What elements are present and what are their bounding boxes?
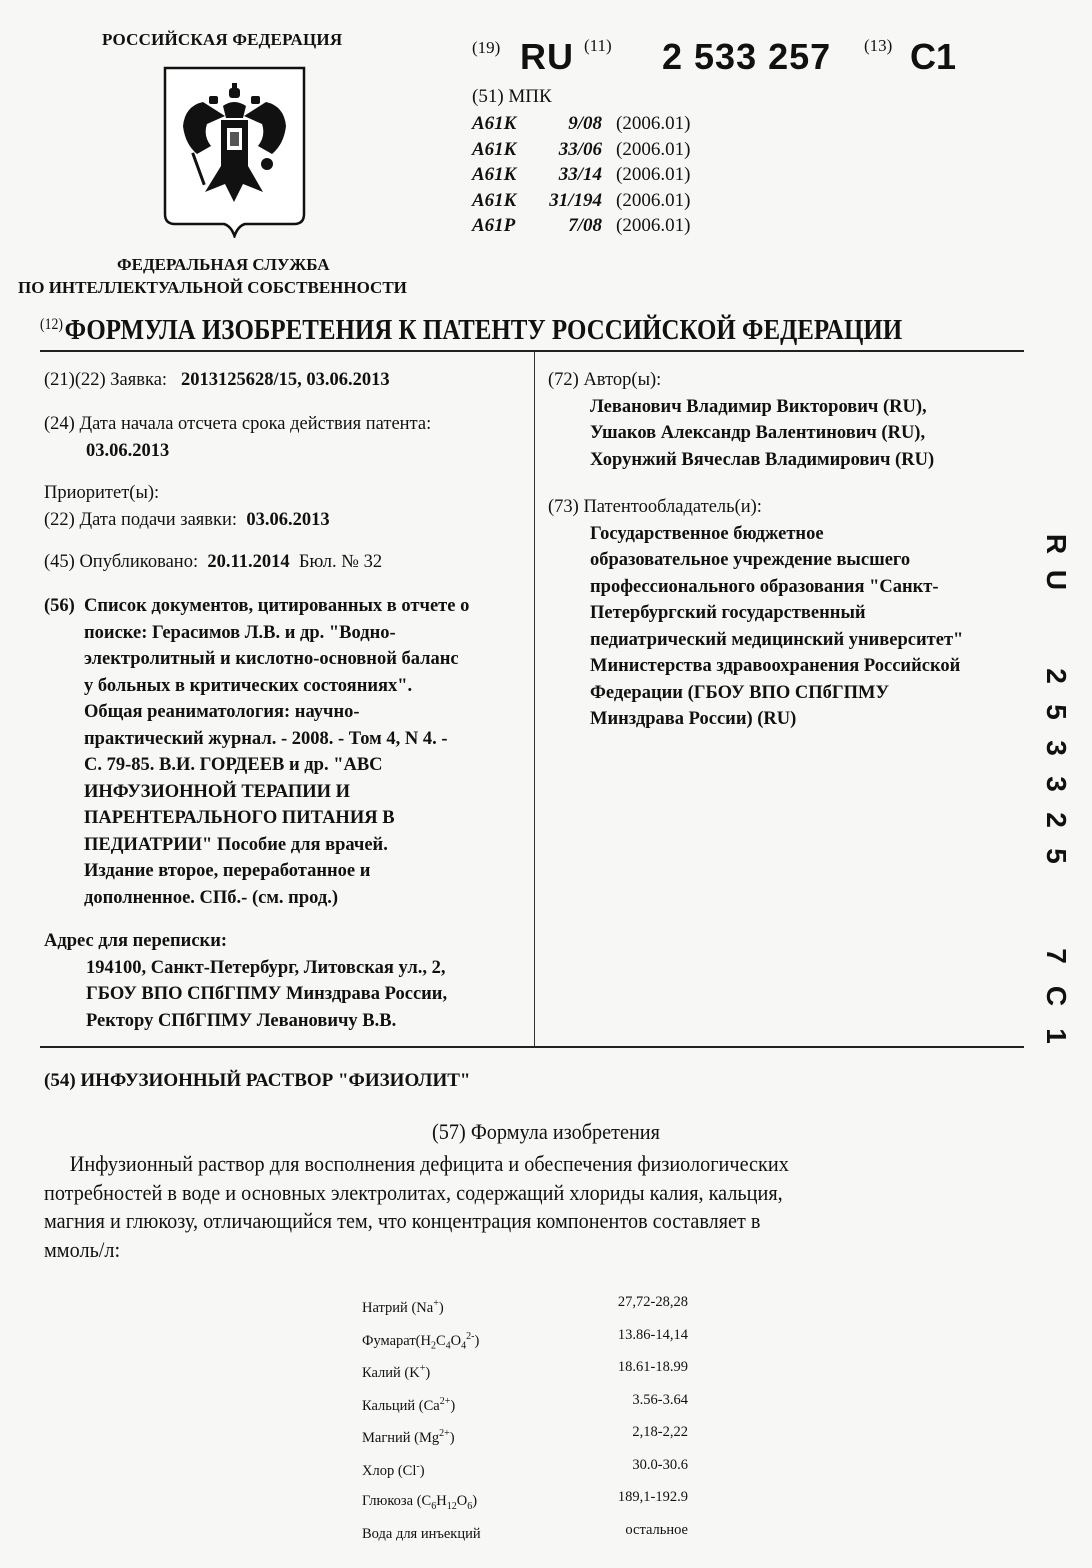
term-start-label: (24) Дата начала отсчета срока действия …: [44, 411, 532, 438]
divider-top: [40, 350, 1024, 352]
side-code-char: 5: [1040, 840, 1072, 872]
application-value: 2013125628/15, 03.06.2013: [181, 370, 390, 390]
cited-line: ИНФУЗИОННОЙ ТЕРАПИИ И: [84, 779, 532, 806]
side-code-char: 7: [1040, 940, 1072, 972]
component-concentration: остальное: [625, 1522, 688, 1539]
ipc-group: 9/08: [546, 111, 616, 137]
cited-line: Список документов, цитированных в отчете…: [84, 593, 532, 620]
author-name: Ушаков Александр Валентинович (RU),: [590, 420, 1018, 447]
inid-code-56: (56): [44, 593, 75, 620]
component-concentration: 30.0-30.6: [632, 1457, 688, 1474]
component-name: Фумарат(H2C4O42-): [362, 1331, 479, 1352]
author-name: Хорунжий Вячеслав Владимирович (RU): [590, 447, 1018, 474]
correspondence-address: Адрес для переписки: 194100, Санкт-Петер…: [44, 928, 532, 1034]
ipc-group: 33/14: [546, 162, 616, 188]
component-concentration: 27,72-28,28: [618, 1294, 688, 1311]
claim-line: ммоль/л:: [44, 1237, 120, 1262]
ipc-group: 31/194: [546, 188, 616, 214]
holder-line: Министерства здравоохранения Российской: [590, 653, 1018, 680]
inid-code-12: (12): [40, 316, 63, 333]
ipc-group: 33/06: [546, 137, 616, 163]
composition-row: Вода для инъекцийостальное: [362, 1522, 692, 1555]
composition-row: Калий (K+)18.61-18.99: [362, 1359, 692, 1392]
document-title: (12)ФОРМУЛА ИЗОБРЕТЕНИЯ К ПАТЕНТУ РОССИЙ…: [40, 314, 902, 347]
component-concentration: 2,18-2,22: [632, 1424, 688, 1441]
component-name: Натрий (Na+): [362, 1298, 444, 1317]
cited-line: дополненное. СПб.- (см. прод.): [84, 885, 532, 912]
side-code-char: 5: [1040, 696, 1072, 728]
component-name: Вода для инъекций: [362, 1526, 481, 1543]
ipc-version: (2006.01): [616, 213, 690, 239]
document-kind: C1: [910, 36, 956, 78]
ipc-version: (2006.01): [616, 188, 690, 214]
side-code-char: U: [1040, 564, 1072, 596]
holder-line: Государственное бюджетное: [590, 521, 1018, 548]
ipc-class: A61K: [472, 162, 546, 188]
address-line: 194100, Санкт-Петербург, Литовская ул., …: [86, 955, 532, 982]
cited-documents: (56) Список документов, цитированных в о…: [44, 593, 532, 911]
side-code-char: 3: [1040, 768, 1072, 800]
cited-line: у больных в критических состояниях".: [84, 673, 532, 700]
holder-line: профессионального образования "Санкт-: [590, 574, 1018, 601]
bulletin-number: Бюл. № 32: [299, 552, 382, 572]
inid-code-19: (19): [472, 38, 500, 58]
component-name: Калий (K+): [362, 1363, 430, 1382]
ipc-list: A61K9/08(2006.01)A61K33/06(2006.01)A61K3…: [472, 111, 690, 239]
composition-row: Магний (Mg2+)2,18-2,22: [362, 1424, 692, 1457]
holder-line: Федерации (ГБОУ ВПО СПбГПМУ: [590, 680, 1018, 707]
composition-row: Натрий (Na+)27,72-28,28: [362, 1294, 692, 1327]
country-code: RU: [520, 36, 574, 78]
ipc-entry: A61K31/194(2006.01): [472, 188, 690, 214]
ipc-label: (51) МПК: [472, 86, 552, 108]
ipc-entry: A61K33/06(2006.01): [472, 137, 690, 163]
coat-of-arms-icon: [163, 66, 306, 238]
invention-title: (54) ИНФУЗИОННЫЙ РАСТВОР "ФИЗИОЛИТ": [44, 1070, 470, 1092]
cited-line: ПАРЕНТЕРАЛЬНОГО ПИТАНИЯ В: [84, 805, 532, 832]
holder-label: (73) Патентообладатель(и):: [548, 494, 1018, 521]
cited-line: электролитный и кислотно-основной баланс: [84, 646, 532, 673]
composition-table: Натрий (Na+)27,72-28,28Фумарат(H2C4O42-)…: [362, 1294, 692, 1554]
component-concentration: 18.61-18.99: [618, 1359, 688, 1376]
claim-line: магния и глюкозу, отличающийся тем, что …: [44, 1208, 761, 1233]
composition-row: Фумарат(H2C4O42-)13.86-14,14: [362, 1327, 692, 1360]
side-code-char: C: [1040, 980, 1072, 1012]
inid-code-11: (11): [584, 36, 612, 56]
component-name: Кальций (Ca2+): [362, 1396, 455, 1415]
component-name: Глюкоза (C6H12O6): [362, 1493, 477, 1512]
filing-label: (22) Дата подачи заявки:: [44, 510, 237, 530]
ipc-version: (2006.01): [616, 162, 690, 188]
component-concentration: 189,1-192.9: [618, 1489, 688, 1506]
term-start-field: (24) Дата начала отсчета срока действия …: [44, 411, 532, 464]
priority-label: Приоритет(ы):: [44, 480, 532, 507]
side-code-char: 2: [1040, 804, 1072, 836]
composition-row: Хлор (Cl-)30.0-30.6: [362, 1457, 692, 1490]
composition-row: Кальций (Ca2+)3.56-3.64: [362, 1392, 692, 1425]
claim-line: потребностей в воде и основных электроли…: [44, 1180, 783, 1205]
priority-field: Приоритет(ы): (22) Дата подачи заявки: 0…: [44, 480, 532, 533]
patent-holder-field: (73) Патентообладатель(и): Государственн…: [548, 494, 1018, 733]
agency-name-line1: ФЕДЕРАЛЬНАЯ СЛУЖБА: [117, 255, 330, 275]
country-name: РОССИЙСКАЯ ФЕДЕРАЦИЯ: [102, 30, 342, 50]
published-field: (45) Опубликовано: 20.11.2014 Бюл. № 32: [44, 549, 532, 576]
ipc-entry: A61K9/08(2006.01): [472, 111, 690, 137]
claim-paragraph: Инфузионный раствор для восполнения дефи…: [44, 1150, 1005, 1264]
holder-line: Минздрава России) (RU): [590, 706, 1018, 733]
column-divider: [534, 352, 535, 1046]
ipc-entry: A61P7/08(2006.01): [472, 213, 690, 239]
patent-number: 2 533 257: [662, 36, 831, 78]
cited-line: Общая реаниматология: научно-: [84, 699, 532, 726]
cited-line: ПЕДИАТРИИ" Пособие для врачей.: [84, 832, 532, 859]
cited-line: практический журнал. - 2008. - Том 4, N …: [84, 726, 532, 753]
cited-line: С. 79-85. В.И. ГОРДЕЕВ и др. "АВС: [84, 752, 532, 779]
component-name: Хлор (Cl-): [362, 1461, 425, 1480]
inid-code-13: (13): [864, 36, 892, 56]
ipc-group: 7/08: [546, 213, 616, 239]
document-title-text: ФОРМУЛА ИЗОБРЕТЕНИЯ К ПАТЕНТУ РОССИЙСКОЙ…: [65, 314, 903, 346]
address-line: Ректору СПбГПМУ Левановичу В.В.: [86, 1008, 532, 1035]
address-line: ГБОУ ВПО СПбГПМУ Минздрава России,: [86, 981, 532, 1008]
ipc-version: (2006.01): [616, 111, 690, 137]
ipc-class: A61P: [472, 213, 546, 239]
claim-line: Инфузионный раствор для восполнения дефи…: [70, 1151, 789, 1176]
holder-line: Петербургский государственный: [590, 600, 1018, 627]
published-value: 20.11.2014: [207, 552, 289, 572]
ipc-entry: A61K33/14(2006.01): [472, 162, 690, 188]
cited-line: поиске: Герасимов Л.В. и др. "Водно-: [84, 620, 532, 647]
side-patent-code: RU2533257C1: [1040, 528, 1080, 1018]
side-code-char: R: [1040, 528, 1072, 560]
author-name: Леванович Владимир Викторович (RU),: [590, 394, 1018, 421]
component-name: Магний (Mg2+): [362, 1428, 455, 1447]
authors-field: (72) Автор(ы): Леванович Владимир Виктор…: [548, 367, 1018, 473]
holder-line: педиатрический медицинский университет": [590, 627, 1018, 654]
filing-value: 03.06.2013: [246, 510, 329, 530]
address-label: Адрес для переписки:: [44, 928, 532, 955]
agency-name-line2: ПО ИНТЕЛЛЕКТУАЛЬНОЙ СОБСТВЕННОСТИ: [18, 278, 407, 298]
ipc-class: A61K: [472, 188, 546, 214]
ipc-version: (2006.01): [616, 137, 690, 163]
cited-line: Издание второе, переработанное и: [84, 858, 532, 885]
term-start-value: 03.06.2013: [44, 438, 532, 465]
application-field: (21)(22) Заявка: 2013125628/15, 03.06.20…: [44, 367, 532, 394]
side-code-char: 1: [1040, 1020, 1072, 1052]
claim-text: Инфузионный раствор для восполнения дефи…: [44, 1150, 1005, 1264]
published-label: (45) Опубликовано:: [44, 552, 198, 572]
side-code-char: 3: [1040, 732, 1072, 764]
composition-row: Глюкоза (C6H12O6)189,1-192.9: [362, 1489, 692, 1522]
authors-label: (72) Автор(ы):: [548, 367, 1018, 394]
ipc-class: A61K: [472, 111, 546, 137]
component-concentration: 3.56-3.64: [632, 1392, 688, 1409]
formula-heading: (57) Формула изобретения: [44, 1119, 1049, 1145]
component-concentration: 13.86-14,14: [618, 1327, 688, 1344]
application-label: (21)(22) Заявка:: [44, 370, 167, 390]
holder-line: образовательное учреждение высшего: [590, 547, 1018, 574]
side-code-char: 2: [1040, 660, 1072, 692]
ipc-class: A61K: [472, 137, 546, 163]
divider-bottom: [40, 1046, 1024, 1048]
